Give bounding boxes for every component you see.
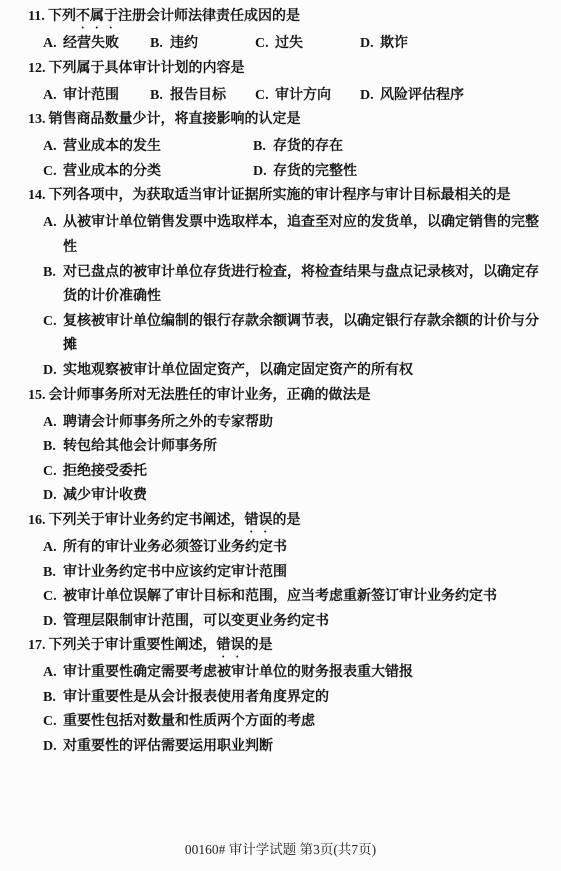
option-text: 存货的完整性 bbox=[273, 164, 357, 179]
question-12-options: A.审计范围 B.报告目标 C.审计方向 D.风险评估程序 bbox=[28, 84, 543, 109]
option-a: A.所有的审计业务必须签订业务约定书 bbox=[28, 536, 543, 561]
stem-emphasis: 错误 bbox=[245, 513, 273, 528]
question-13: 13. 销售商品数量少计，将直接影响的认定是 A.营业成本的发生 B.存货的存在… bbox=[28, 108, 543, 184]
option-b: B.审计重要性是从会计报表使用者角度界定的 bbox=[28, 686, 543, 711]
question-stem-text: 下列不属于注册会计师法律责任成因的是 bbox=[48, 5, 543, 32]
question-17: 17. 下列关于审计重要性阐述，错误的是 A.审计重要性确定需要考虑被审计单位的… bbox=[28, 634, 543, 759]
option-c: C.复核被审计单位编制的银行存款余额调节表，以确定银行存款余额的计价与分 摊 bbox=[28, 310, 543, 359]
question-17-stem: 17. 下列关于审计重要性阐述，错误的是 bbox=[28, 634, 543, 661]
stem-post: 的是 bbox=[273, 513, 301, 528]
stem-pre: 下列属于具体审计计划的内容是 bbox=[49, 61, 245, 76]
option-label: B. bbox=[43, 686, 63, 711]
option-label: B. bbox=[43, 435, 63, 460]
option-b: B.审计业务约定书中应该约定审计范围 bbox=[28, 561, 543, 586]
question-11-stem: 11. 下列不属于注册会计师法律责任成因的是 bbox=[28, 5, 543, 32]
option-label: D. bbox=[43, 610, 63, 635]
question-15: 15. 会计师事务所对无法胜任的审计业务，正确的做法是 A.聘请会计师事务所之外… bbox=[28, 384, 543, 509]
option-label: D. bbox=[43, 735, 63, 760]
option-c: C.被审计单位误解了审计目标和范围，应当考虑重新签订审计业务约定书 bbox=[28, 585, 543, 610]
page-footer: 00160# 审计学试题 第3页(共7页) bbox=[0, 838, 561, 858]
option-a: A.营业成本的发生 bbox=[43, 135, 253, 160]
option-label: C. bbox=[255, 84, 275, 109]
question-number: 11. bbox=[28, 5, 45, 32]
question-14-stem: 14. 下列各项中，为获取适当审计证据所实施的审计程序与审计目标最相关的是 bbox=[28, 184, 543, 211]
option-d: D.实地观察被审计单位固定资产，以确定固定资产的所有权 bbox=[28, 359, 543, 384]
option-a: A.审计重要性确定需要考虑被审计单位的财务报表重大错报 bbox=[28, 661, 543, 686]
option-text: 报告目标 bbox=[170, 88, 226, 103]
option-c: C.过失 bbox=[255, 32, 360, 57]
option-a: A.聘请会计师事务所之外的专家帮助 bbox=[28, 411, 543, 436]
option-c: C.营业成本的分类 bbox=[43, 160, 253, 185]
option-text: 营业成本的发生 bbox=[63, 139, 161, 154]
question-stem-text: 下列关于审计业务约定书阐述，错误的是 bbox=[49, 509, 544, 536]
question-15-stem: 15. 会计师事务所对无法胜任的审计业务，正确的做法是 bbox=[28, 384, 543, 411]
stem-emphasis: 错误 bbox=[217, 638, 245, 653]
question-number: 13. bbox=[28, 108, 46, 135]
option-b: B.存货的存在 bbox=[253, 135, 543, 160]
option-d: D.欺诈 bbox=[360, 32, 543, 57]
option-label: B. bbox=[43, 261, 63, 310]
question-13-stem: 13. 销售商品数量少计，将直接影响的认定是 bbox=[28, 108, 543, 135]
option-label: C. bbox=[43, 710, 63, 735]
option-text: 对已盘点的被审计单位存货进行检查，将检查结果与盘点记录核对，以确定存 货的计价准… bbox=[63, 261, 543, 310]
option-c: C.拒绝接受委托 bbox=[28, 460, 543, 485]
question-stem-text: 会计师事务所对无法胜任的审计业务，正确的做法是 bbox=[49, 384, 544, 411]
option-text: 减少审计收费 bbox=[63, 484, 543, 509]
option-label: D. bbox=[360, 84, 380, 109]
option-label: B. bbox=[150, 32, 170, 57]
question-stem-text: 销售商品数量少计，将直接影响的认定是 bbox=[49, 108, 544, 135]
option-b: B.转包给其他会计师事务所 bbox=[28, 435, 543, 460]
option-label: D. bbox=[360, 32, 380, 57]
option-label: A. bbox=[43, 661, 63, 686]
option-text: 聘请会计师事务所之外的专家帮助 bbox=[63, 411, 543, 436]
question-11-options: A.经营失败 B.违约 C.过失 D.欺诈 bbox=[28, 32, 543, 57]
question-stem-text: 下列属于具体审计计划的内容是 bbox=[49, 57, 544, 84]
option-label: A. bbox=[43, 211, 63, 260]
question-13-options-row-1: A.营业成本的发生 B.存货的存在 bbox=[28, 135, 543, 160]
option-label: A. bbox=[43, 32, 63, 57]
option-label: D. bbox=[43, 359, 63, 384]
option-text: 重要性包括对数量和性质两个方面的考虑 bbox=[63, 710, 543, 735]
stem-emphasis: 不属于 bbox=[76, 9, 118, 24]
option-text: 欺诈 bbox=[380, 36, 408, 51]
option-text: 拒绝接受委托 bbox=[63, 460, 543, 485]
option-label: C. bbox=[43, 585, 63, 610]
question-12-stem: 12. 下列属于具体审计计划的内容是 bbox=[28, 57, 543, 84]
option-c: C.审计方向 bbox=[255, 84, 360, 109]
option-d: D.风险评估程序 bbox=[360, 84, 543, 109]
option-label: C. bbox=[255, 32, 275, 57]
option-text: 被审计单位误解了审计目标和范围，应当考虑重新签订审计业务约定书 bbox=[63, 585, 543, 610]
question-14: 14. 下列各项中，为获取适当审计证据所实施的审计程序与审计目标最相关的是 A.… bbox=[28, 184, 543, 383]
question-16-stem: 16. 下列关于审计业务约定书阐述，错误的是 bbox=[28, 509, 543, 536]
option-text: 所有的审计业务必须签订业务约定书 bbox=[63, 536, 543, 561]
option-text: 从被审计单位销售发票中选取样本，追查至对应的发货单，以确定销售的完整 性 bbox=[63, 211, 543, 260]
option-label: D. bbox=[43, 484, 63, 509]
option-d: D.管理层限制审计范围，可以变更业务约定书 bbox=[28, 610, 543, 635]
option-text: 存货的存在 bbox=[273, 139, 343, 154]
option-text: 审计重要性是从会计报表使用者角度界定的 bbox=[63, 686, 543, 711]
option-c: C.重要性包括对数量和性质两个方面的考虑 bbox=[28, 710, 543, 735]
question-12: 12. 下列属于具体审计计划的内容是 A.审计范围 B.报告目标 C.审计方向 … bbox=[28, 57, 543, 109]
option-d: D.存货的完整性 bbox=[253, 160, 543, 185]
option-label: C. bbox=[43, 460, 63, 485]
stem-post: 的是 bbox=[245, 638, 273, 653]
option-text: 审计重要性确定需要考虑被审计单位的财务报表重大错报 bbox=[63, 661, 543, 686]
option-a: A.经营失败 bbox=[43, 32, 150, 57]
option-b: B.违约 bbox=[150, 32, 255, 57]
option-a: A.从被审计单位销售发票中选取样本，追查至对应的发货单，以确定销售的完整 性 bbox=[28, 211, 543, 260]
stem-pre: 下列各项中，为获取适当审计证据所实施的审计程序与审计目标最相关的是 bbox=[49, 188, 511, 203]
option-text: 对重要性的评估需要运用职业判断 bbox=[63, 735, 543, 760]
option-text: 审计业务约定书中应该约定审计范围 bbox=[63, 561, 543, 586]
question-11: 11. 下列不属于注册会计师法律责任成因的是 A.经营失败 B.违约 C.过失 … bbox=[28, 5, 543, 57]
option-d: D.对重要性的评估需要运用职业判断 bbox=[28, 735, 543, 760]
option-b: B.报告目标 bbox=[150, 84, 255, 109]
option-label: B. bbox=[43, 561, 63, 586]
option-label: A. bbox=[43, 84, 63, 109]
option-label: B. bbox=[253, 135, 273, 160]
option-text: 过失 bbox=[275, 36, 303, 51]
question-number: 12. bbox=[28, 57, 46, 84]
option-text: 转包给其他会计师事务所 bbox=[63, 435, 543, 460]
question-13-options-row-2: C.营业成本的分类 D.存货的完整性 bbox=[28, 160, 543, 185]
option-label: D. bbox=[253, 160, 273, 185]
option-text: 审计范围 bbox=[63, 88, 119, 103]
option-text: 管理层限制审计范围，可以变更业务约定书 bbox=[63, 610, 543, 635]
option-a: A.审计范围 bbox=[43, 84, 150, 109]
option-text: 违约 bbox=[170, 36, 198, 51]
exam-page: 11. 下列不属于注册会计师法律责任成因的是 A.经营失败 B.违约 C.过失 … bbox=[0, 0, 561, 871]
question-16: 16. 下列关于审计业务约定书阐述，错误的是 A.所有的审计业务必须签订业务约定… bbox=[28, 509, 543, 634]
option-label: A. bbox=[43, 536, 63, 561]
stem-pre: 下列关于审计业务约定书阐述， bbox=[49, 513, 245, 528]
option-text: 审计方向 bbox=[275, 88, 331, 103]
stem-pre: 销售商品数量少计，将直接影响的认定是 bbox=[49, 112, 301, 127]
option-text: 实地观察被审计单位固定资产，以确定固定资产的所有权 bbox=[63, 359, 543, 384]
option-text: 营业成本的分类 bbox=[63, 164, 161, 179]
option-label: C. bbox=[43, 160, 63, 185]
option-text: 风险评估程序 bbox=[380, 88, 464, 103]
option-label: A. bbox=[43, 135, 63, 160]
option-label: C. bbox=[43, 310, 63, 359]
question-number: 15. bbox=[28, 384, 46, 411]
option-label: A. bbox=[43, 411, 63, 436]
option-text: 复核被审计单位编制的银行存款余额调节表，以确定银行存款余额的计价与分 摊 bbox=[63, 310, 543, 359]
stem-pre: 下列关于审计重要性阐述， bbox=[49, 638, 217, 653]
stem-pre: 会计师事务所对无法胜任的审计业务，正确的做法是 bbox=[49, 388, 371, 403]
question-number: 14. bbox=[28, 184, 46, 211]
question-stem-text: 下列各项中，为获取适当审计证据所实施的审计程序与审计目标最相关的是 bbox=[49, 184, 544, 211]
option-b: B.对已盘点的被审计单位存货进行检查，将检查结果与盘点记录核对，以确定存 货的计… bbox=[28, 261, 543, 310]
stem-post: 注册会计师法律责任成因的是 bbox=[118, 9, 300, 24]
question-number: 16. bbox=[28, 509, 46, 536]
option-label: B. bbox=[150, 84, 170, 109]
question-number: 17. bbox=[28, 634, 46, 661]
question-stem-text: 下列关于审计重要性阐述，错误的是 bbox=[49, 634, 544, 661]
option-d: D.减少审计收费 bbox=[28, 484, 543, 509]
stem-pre: 下列 bbox=[48, 9, 76, 24]
option-text: 经营失败 bbox=[63, 36, 119, 51]
